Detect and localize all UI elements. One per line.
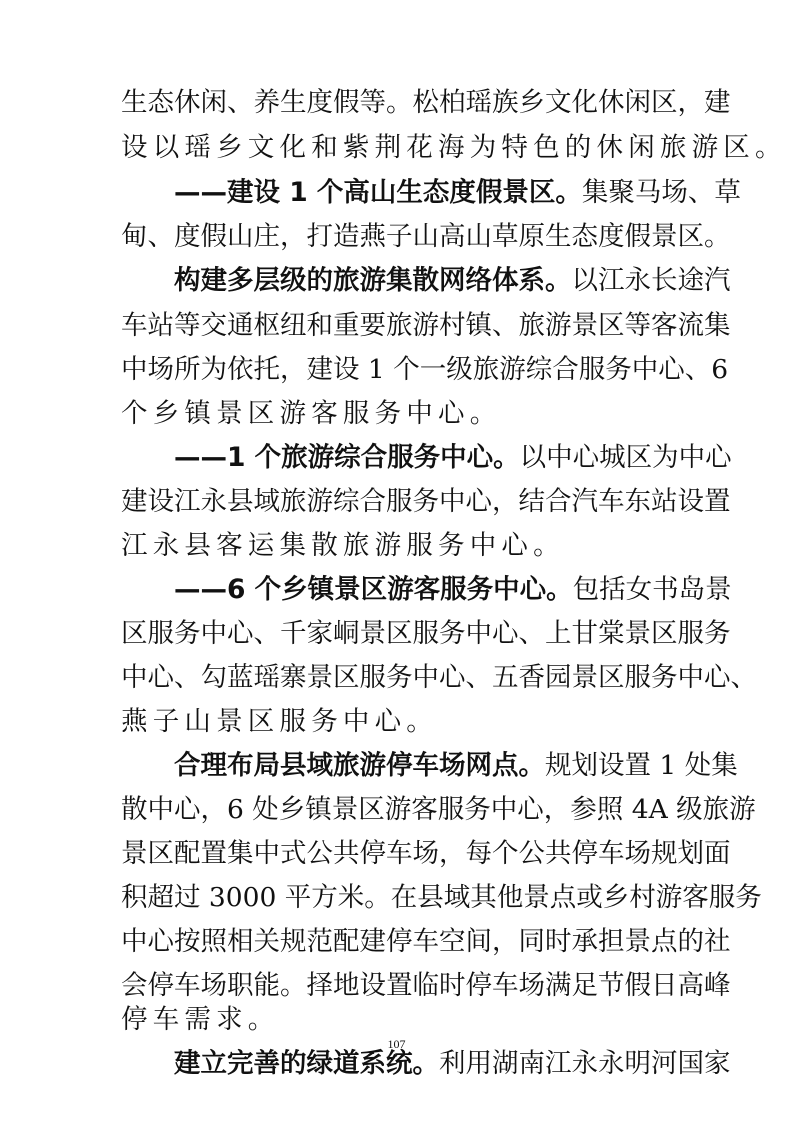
- line-text: 景区配置集中式公共停车场，每个公共停车场规划面: [121, 838, 731, 869]
- text-line: 甸、度假山庄，打造燕子山高山草原生态度假景区。: [121, 217, 675, 257]
- text-line: 散中心，6 处乡镇景区游客服务中心，参照 4A 级旅游: [121, 790, 675, 830]
- document-page: 生态休闲、养生度假等。松柏瑶族乡文化休闲区，建设以瑶乡文化和紫荆花海为特色的休闲…: [0, 0, 793, 1122]
- line-text: 以江永长途汽: [572, 265, 731, 296]
- line-text: 中场所为依托，建设 1 个一级旅游综合服务中心、6: [121, 354, 728, 385]
- text-line: 停车需求。: [121, 1000, 675, 1040]
- line-text: 车站等交通枢纽和重要旅游村镇、旅游景区等客流集: [121, 310, 731, 341]
- bold-heading: 合理布局县域旅游停车场网点。: [174, 750, 545, 781]
- line-text: 燕子山景区服务中心。: [121, 706, 438, 737]
- text-line: 中心按照相关规范配建停车空间，同时承担景点的社: [121, 922, 675, 962]
- bold-heading: ——1 个旅游综合服务中心。: [174, 442, 520, 473]
- line-text: 个乡镇景区游客服务中心。: [121, 398, 501, 429]
- text-line: 中心、勾蓝瑶寨景区服务中心、五香园景区服务中心、: [121, 658, 675, 698]
- text-line: 车站等交通枢纽和重要旅游村镇、旅游景区等客流集: [121, 306, 675, 346]
- text-line: 区服务中心、千家峒景区服务中心、上甘棠景区服务: [121, 614, 675, 654]
- line-text: 利用湖南江永永明河国家: [439, 1048, 731, 1079]
- text-line: ——6 个乡镇景区游客服务中心。包括女书岛景: [174, 570, 675, 610]
- line-text: 江永县客运集散旅游服务中心。: [121, 530, 565, 561]
- bold-heading: ——建设 1 个高山生态度假景区。: [174, 177, 582, 208]
- line-text: 设以瑶乡文化和紫荆花海为特色的休闲旅游区。: [121, 132, 787, 163]
- text-line: 建设江永县域旅游综合服务中心，结合汽车东站设置: [121, 482, 675, 522]
- line-text: 包括女书岛景: [573, 574, 732, 605]
- text-line: ——1 个旅游综合服务中心。以中心城区为中心: [174, 438, 675, 478]
- text-line: 积超过 3000 平方米。在县域其他景点或乡村游客服务: [121, 878, 675, 918]
- bold-heading: 构建多层级的旅游集散网络体系。: [174, 265, 572, 296]
- text-line: 江永县客运集散旅游服务中心。: [121, 526, 675, 566]
- text-line: 设以瑶乡文化和紫荆花海为特色的休闲旅游区。: [121, 128, 675, 168]
- text-line: 燕子山景区服务中心。: [121, 702, 675, 742]
- line-text: 中心、勾蓝瑶寨景区服务中心、五香园景区服务中心、: [121, 662, 757, 693]
- line-text: 停车需求。: [121, 1004, 280, 1035]
- line-text: 规划设置 1 处集: [545, 750, 738, 781]
- text-line: 中场所为依托，建设 1 个一级旅游综合服务中心、6: [121, 350, 675, 390]
- line-text: 积超过 3000 平方米。在县域其他景点或乡村游客服务: [121, 882, 762, 913]
- text-line: ——建设 1 个高山生态度假景区。集聚马场、草: [174, 173, 675, 213]
- page-number: 107: [0, 1037, 793, 1052]
- line-text: 建设江永县域旅游综合服务中心，结合汽车东站设置: [121, 486, 731, 517]
- text-line: 个乡镇景区游客服务中心。: [121, 394, 675, 434]
- line-text: 散中心，6 处乡镇景区游客服务中心，参照 4A 级旅游: [121, 794, 756, 825]
- text-line: 合理布局县域旅游停车场网点。规划设置 1 处集: [174, 746, 675, 786]
- text-line: 景区配置集中式公共停车场，每个公共停车场规划面: [121, 834, 675, 874]
- bold-heading: ——6 个乡镇景区游客服务中心。: [174, 574, 573, 605]
- line-text: 集聚马场、草: [582, 177, 741, 208]
- line-text: 甸、度假山庄，打造燕子山高山草原生态度假景区。: [121, 221, 731, 252]
- text-line: 生态休闲、养生度假等。松柏瑶族乡文化休闲区，建: [121, 83, 675, 123]
- bold-heading: 建立完善的绿道系统。: [174, 1048, 439, 1079]
- line-text: 区服务中心、千家峒景区服务中心、上甘棠景区服务: [121, 618, 731, 649]
- line-text: 中心按照相关规范配建停车空间，同时承担景点的社: [121, 926, 731, 957]
- line-text: 会停车场职能。择地设置临时停车场满足节假日高峰: [121, 970, 731, 1001]
- line-text: 生态休闲、养生度假等。松柏瑶族乡文化休闲区，建: [121, 87, 731, 118]
- line-text: 以中心城区为中心: [520, 442, 732, 473]
- text-line: 构建多层级的旅游集散网络体系。以江永长途汽: [174, 261, 675, 301]
